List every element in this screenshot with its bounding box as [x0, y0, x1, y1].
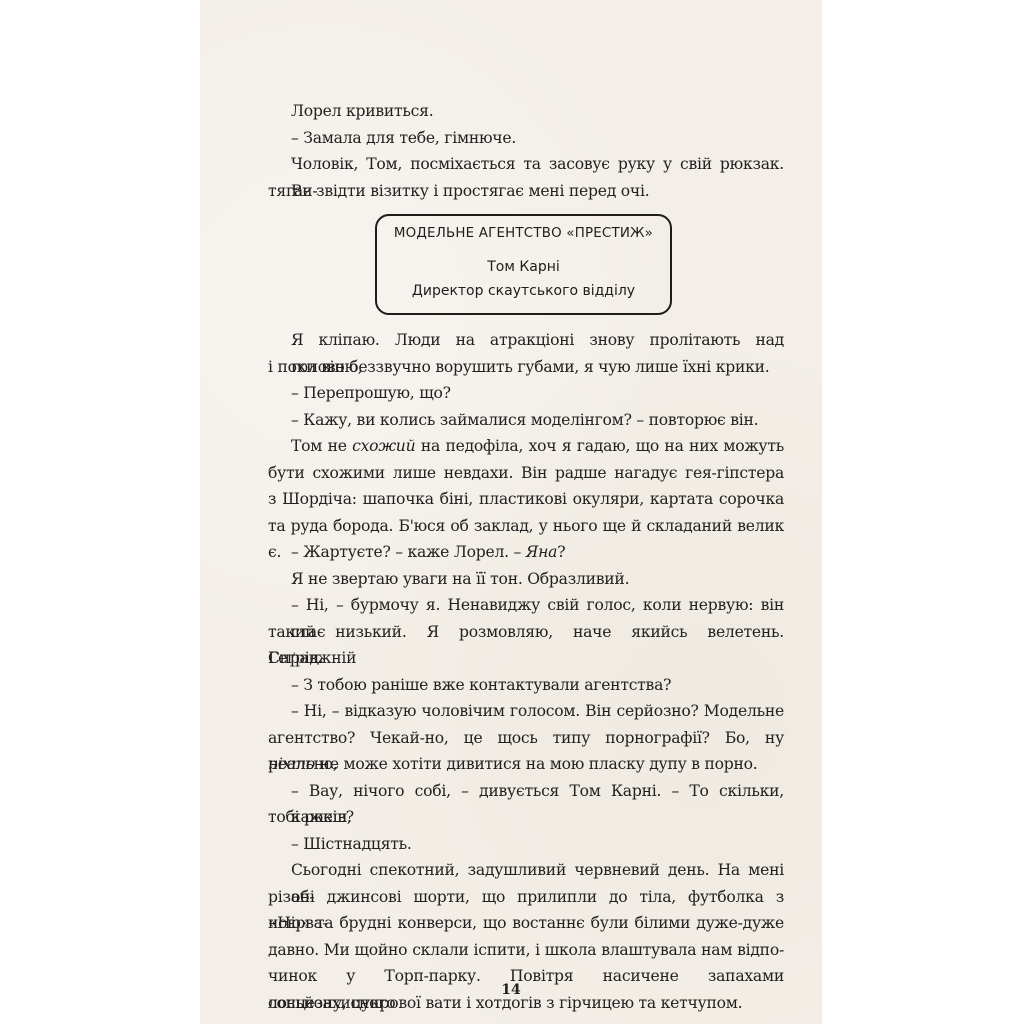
text-line: агентство? Чекай-но, це щось типу порног…	[268, 725, 784, 752]
italic-emphasis: схожий	[352, 437, 415, 455]
card-role: Директор скаутського відділу	[377, 281, 670, 301]
text-segment: не може хотіти дивитися на мою пласку ду…	[315, 755, 758, 773]
text-line: – З тобою раніше вже контактували агентс…	[268, 672, 784, 699]
page-number: 14	[200, 982, 822, 998]
text-line: тобі років?	[268, 804, 784, 831]
text-line: Я кліпаю. Люди на атракціоні знову пролі…	[268, 327, 784, 354]
body-text: Лорел кривиться. – Замала для тебе, гімн…	[268, 98, 784, 1016]
text-line: такий низький. Я розмовляю, наче якийсь …	[268, 619, 784, 646]
text-line: – Шістнадцять.	[268, 831, 784, 858]
book-page: Лорел кривиться. – Замала для тебе, гімн…	[200, 0, 822, 1024]
text-line: – Перепрошую, що?	[268, 380, 784, 407]
card-agency: МОДЕЛЬНЕ АГЕНТСТВО «ПРЕСТИЖ»	[377, 225, 670, 243]
text-line: Том не схожий на педофіла, хоч я гадаю, …	[268, 433, 784, 460]
text-line: – Замала для тебе, гімнюче.	[268, 125, 784, 152]
text-line: і поки він беззвучно ворушить губами, я …	[268, 354, 784, 381]
text-segment: ?	[557, 543, 565, 561]
text-line: – Вау, нічого собі, – дивується Том Карн…	[268, 778, 784, 805]
text-segment: – Жартуєте? – каже Лорел. –	[291, 543, 526, 561]
text-line: та руда борода. Б'юся об заклад, у нього…	[268, 513, 784, 540]
text-segment: Том не	[291, 437, 352, 455]
text-line: ною» та брудні конверси, що востаннє бул…	[268, 910, 784, 937]
text-line: – Ні, – відказую чоловічим голосом. Він …	[268, 698, 784, 725]
text-line: – Кажу, ви колись займалися моделінгом? …	[268, 407, 784, 434]
text-segment: на педофіла, хоч я гадаю, що на них можу…	[415, 437, 784, 455]
text-line: бути схожими лише невдахи. Він радше наг…	[268, 460, 784, 487]
text-line: тягає звідти візитку і простягає мені пе…	[268, 178, 784, 205]
text-line: Сьогодні спекотний, задушливий червневий…	[268, 857, 784, 884]
text-line: ніхто не може хотіти дивитися на мою пла…	[268, 751, 784, 778]
italic-emphasis: Яна	[526, 543, 557, 561]
business-card: МОДЕЛЬНЕ АГЕНТСТВО «ПРЕСТИЖ» Том Карні Д…	[375, 214, 672, 315]
card-name: Том Карні	[377, 257, 670, 277]
text-line: давно. Ми щойно склали іспити, і школа в…	[268, 937, 784, 964]
text-line: – Жартуєте? – каже Лорел. – Яна?	[268, 539, 784, 566]
text-line: з Шордіча: шапочка біні, пластикові окул…	[268, 486, 784, 513]
text-line: Чоловік, Том, посміхається та засовує ру…	[268, 151, 784, 178]
text-line: – Ні, – бурмочу я. Ненавиджу свій голос,…	[268, 592, 784, 619]
text-line: Лорел кривиться.	[268, 98, 784, 125]
italic-emphasis: ніхто	[268, 755, 315, 773]
text-line: різані джинсові шорти, що прилипли до ті…	[268, 884, 784, 911]
text-line: Я не звертаю уваги на її тон. Образливий…	[268, 566, 784, 593]
